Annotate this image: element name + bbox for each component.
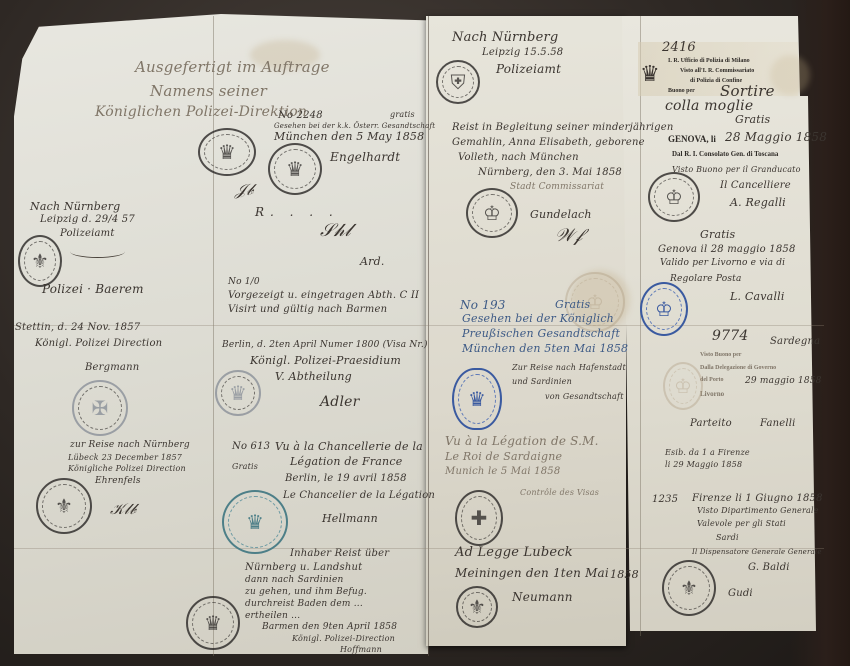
label-hand-3: Gratis bbox=[735, 113, 770, 126]
vorgezeigt-line-1: Vorgezeigt u. eingetragen Abth. C II bbox=[228, 290, 419, 301]
french-legation-line-1: Vu à la Chancellerie de la bbox=[275, 440, 423, 453]
mid-nuernberg-1: Nach Nürnberg bbox=[452, 30, 558, 45]
livorno-line-4: Livorno bbox=[700, 390, 724, 398]
crown-icon: ♔ bbox=[665, 185, 683, 209]
barmen-line-2: Nürnberg u. Landshut bbox=[245, 562, 362, 573]
label-line-2: Visto all'I. R. Commissariato bbox=[680, 68, 754, 74]
barmen-line-3: dann nach Sardinien bbox=[245, 575, 344, 585]
label-line-1: I. R. Ufficio di Polizia di Milano bbox=[668, 58, 750, 64]
header-line-3: Königlichen Polizei-Direktion bbox=[95, 104, 307, 120]
travel-office: Stadt Commissariat bbox=[510, 182, 604, 192]
travel-line-1: Reist in Begleitung seiner minderjährige… bbox=[452, 122, 673, 133]
livorno-line-1: Visto Buono per bbox=[700, 352, 741, 358]
flourish bbox=[70, 245, 125, 258]
austrian-legation-seal: ♛ bbox=[268, 143, 322, 195]
note-left-line: Polizei · Baerem bbox=[42, 282, 144, 296]
eagle-icon: ♛ bbox=[229, 381, 247, 405]
livorno-seal: ♔ bbox=[663, 362, 703, 410]
crown-icon: ♔ bbox=[674, 374, 692, 398]
genova-consulate: Dal R. I. Consolato Gen. di Toscana bbox=[672, 150, 778, 158]
firenze-number: 1235 bbox=[652, 494, 678, 505]
firenze-line-2: Visto Dipartimento Generale bbox=[697, 506, 819, 515]
munich-visa-date: München den 5 May 1858 bbox=[274, 130, 424, 143]
livorno-line-3: del Porto bbox=[700, 377, 724, 383]
berlin-police-line-1: Berlin, d. 2ten April Numer 1800 (Visa N… bbox=[222, 340, 428, 350]
double-eagle-icon: ♛ bbox=[640, 62, 660, 87]
nuernberg-seal: ⚜ bbox=[36, 478, 92, 534]
vorgezeigt-number: No 1/0 bbox=[228, 277, 260, 287]
genova-buono: Visto Buono per il Granducato bbox=[672, 165, 801, 174]
vorgezeigt-line-2: Visirt und gültig nach Barmen bbox=[228, 304, 387, 315]
nuernberg-line-1: Nach Nürnberg bbox=[30, 200, 120, 213]
sardinian-date: Munich le 5 Mai 1858 bbox=[445, 466, 560, 477]
meiningen-signature: Neumann bbox=[512, 590, 573, 604]
firenze-line-3: Valevole per gli Stati bbox=[697, 519, 786, 528]
travel-signature: Gundelach bbox=[530, 208, 592, 221]
firenze-line-5: Il Dispensatore Generale Generale bbox=[692, 548, 822, 556]
second-genova-line-3: Regolare Posta bbox=[670, 274, 742, 284]
livorno-line-2: Dalla Delegazione di Governo bbox=[700, 365, 776, 371]
second-genova-signature: L. Cavalli bbox=[730, 290, 785, 303]
meiningen-line-1: Ad Legge Lubeck bbox=[455, 545, 573, 560]
french-legation-line-2: Légation de France bbox=[290, 455, 402, 468]
crest-icon: ⚜ bbox=[680, 576, 698, 600]
second-genova-gratis: Gratis bbox=[700, 228, 735, 241]
nuernberg-return-3: Königliche Polizei Direction bbox=[68, 464, 186, 473]
barmen-signature: Hoffmann bbox=[340, 645, 382, 654]
eagle-icon: ♛ bbox=[204, 611, 222, 635]
bavarian-visa-line-2: Preußischen Gesandtschaft bbox=[462, 327, 620, 340]
crest-icon: ⚜ bbox=[31, 249, 49, 273]
livorno-partito: Parteito bbox=[690, 418, 732, 429]
crest-icon: ✠ bbox=[92, 396, 109, 420]
livorno-extra-2: li 29 Maggio 1858 bbox=[665, 460, 742, 469]
mid-nuernberg-2: Leipzig 15.5.58 bbox=[482, 47, 563, 58]
firenze-line-4: Sardi bbox=[716, 533, 739, 542]
genova-signature: A. Regalli bbox=[730, 196, 786, 209]
livorno-extra-1: Esib. da 1 a Firenze bbox=[665, 448, 750, 457]
berlin-police-line-2: Königl. Polizei-Praesidium bbox=[250, 354, 401, 367]
barmen-line-4: zu gehen, und ihm Befug. bbox=[245, 587, 367, 597]
label-hand-2: colla moglie bbox=[665, 98, 753, 114]
french-legation-signature: Hellmann bbox=[322, 512, 378, 525]
sardinian-line-2: Le Roi de Sardaigne bbox=[445, 450, 562, 463]
crest-icon: ⛨ bbox=[451, 70, 466, 94]
barmen-line-1: Inhaber Reist über bbox=[290, 548, 389, 559]
tuscany-consulate-seal: ♔ bbox=[648, 172, 700, 222]
bavarian-visa-number: No 193 bbox=[460, 298, 506, 312]
meiningen-line-2: Meiningen den 1ten Mai bbox=[455, 566, 609, 580]
nuernberg-return-2: Lübeck 23 December 1857 bbox=[68, 453, 182, 462]
french-legation-title: Le Chancelier de la Légation bbox=[283, 490, 435, 501]
barmen-line-7: Barmen den 9ten April 1858 bbox=[262, 622, 397, 632]
header-line-1: Ausgefertigt im Auftrage bbox=[135, 58, 330, 76]
munich-visa-line: Gesehen bei der k.k. Österr. Gesandtscha… bbox=[274, 122, 435, 130]
austrian-seal-1: ♛ bbox=[198, 128, 256, 176]
munich-visa-signature: Engelhardt bbox=[330, 150, 400, 164]
berlin-police-signature: Adler bbox=[320, 394, 360, 410]
savoy-crown-icon: ♔ bbox=[655, 297, 673, 321]
genova-place: GENOVA, li bbox=[668, 134, 716, 144]
eagle-icon: ♛ bbox=[468, 387, 486, 411]
label-number: 2416 bbox=[662, 40, 696, 55]
polizei-amt-seal: ⛨ bbox=[436, 60, 480, 104]
genova-role: Il Cancelliere bbox=[720, 180, 791, 191]
livorno-number: 9774 bbox=[712, 328, 748, 344]
bavarian-visa-gratis: Gratis bbox=[555, 298, 590, 311]
firenze-signature: G. Baldi bbox=[748, 562, 790, 573]
signature-mark: 𝒲𝒻 bbox=[555, 225, 582, 246]
firenze-line-1: Firenze li 1 Giugno 1858 bbox=[692, 493, 823, 504]
french-legation-seal: ♛ bbox=[222, 490, 288, 554]
header-line-2: Namens seiner bbox=[150, 82, 267, 100]
barmen-line-5: durchreist Baden dem ... bbox=[245, 599, 363, 609]
travel-date: Nürnberg, den 3. Mai 1858 bbox=[478, 167, 622, 178]
eagle-icon: ♛ bbox=[286, 157, 304, 181]
firenze-seal: ⚜ bbox=[662, 560, 716, 616]
crest-icon: ⚜ bbox=[468, 595, 486, 619]
travel-line-2: Gemahlin, Anna Elisabeth, geborene bbox=[452, 137, 645, 148]
signature-scribble: 𝒥𝒷 bbox=[235, 180, 253, 200]
eagle-icon: ♛ bbox=[218, 140, 236, 164]
livorno-date: 29 maggio 1858 bbox=[745, 376, 822, 386]
berlin-police-line-3: V. Abtheilung bbox=[275, 370, 352, 383]
label-line-4: Buono per bbox=[668, 88, 695, 94]
french-legation-fee: Gratis bbox=[232, 462, 258, 471]
berlin-police-seal: ♛ bbox=[215, 370, 261, 416]
barmen-line-6: ertheilen ... bbox=[245, 611, 300, 621]
firenze-mark: Gudi bbox=[728, 588, 753, 599]
nuernberg-return-1: zur Reise nach Nürnberg bbox=[70, 440, 190, 450]
nuernberg-line-3: Polizeiamt bbox=[60, 228, 115, 239]
note-left-3: Bergmann bbox=[85, 362, 139, 373]
munich-visa-number: No 2248 bbox=[278, 110, 323, 121]
barmen-seal: ♛ bbox=[186, 596, 240, 650]
bavarian-note-2: und Sardinien bbox=[512, 377, 572, 386]
stadt-commissariat-seal: ♔ bbox=[466, 188, 518, 238]
nuernberg-return-4: Ehrenfels bbox=[95, 476, 141, 486]
genova-date: 28 Maggio 1858 bbox=[725, 130, 827, 144]
signature-scribble-2: 𝒮𝒽𝓁 bbox=[320, 220, 351, 241]
munich-visa-gratis: gratis bbox=[390, 110, 415, 119]
note-left-2: Königl. Polizei Direction bbox=[35, 338, 162, 349]
prussian-legation-seal: ♛ bbox=[452, 368, 502, 430]
imperial-eagle-icon: ♛ bbox=[246, 510, 264, 534]
stadt-polizei-seal: ⚜ bbox=[18, 235, 62, 287]
note-left-1: Stettin, d. 24 Nov. 1857 bbox=[15, 322, 140, 333]
signature-scribble-3: 𝒦𝓁𝒷 bbox=[110, 500, 136, 518]
meiningen-year: 1858 bbox=[610, 568, 639, 581]
french-legation-date: Berlin, le 19 avril 1858 bbox=[285, 473, 407, 484]
bavarian-note-1: Zur Reise nach Hafenstadt bbox=[512, 363, 626, 372]
faded-seal: ✠ bbox=[72, 380, 128, 436]
fold-line bbox=[640, 16, 641, 636]
french-legation-number: No 613 bbox=[232, 441, 270, 452]
bavarian-visa-line-1: Gesehen bei der Königlich bbox=[462, 312, 614, 325]
second-genova-line-2: Valido per Livorno e via di bbox=[660, 258, 785, 268]
livorno-note: Sardegna bbox=[770, 336, 820, 347]
bavarian-note-3: von Gesandtschaft bbox=[545, 392, 624, 401]
sardinian-blue-seal: ♔ bbox=[640, 282, 688, 336]
crown-icon: ♔ bbox=[483, 201, 501, 225]
nuernberg-line-2: Leipzig d. 29/4 57 bbox=[40, 214, 135, 225]
center-fold bbox=[428, 16, 429, 656]
sardinian-line-1: Vu à la Légation de S.M. bbox=[445, 434, 599, 448]
livorno-signature: Fanelli bbox=[760, 418, 796, 429]
sardinian-legation-seal: ✚ bbox=[455, 490, 503, 546]
crest-icon: ⚜ bbox=[55, 494, 73, 518]
second-genova-line-1: Genova il 28 maggio 1858 bbox=[658, 244, 796, 255]
dotted-mark: R. . . . bbox=[255, 205, 339, 219]
barmen-line-8: Königl. Polizei-Direction bbox=[292, 634, 395, 643]
mid-nuernberg-3: Polizeiamt bbox=[496, 62, 561, 76]
travel-line-3: Volleth, nach München bbox=[458, 152, 579, 163]
bavarian-visa-date: München den 5ten Mai 1858 bbox=[462, 342, 628, 355]
sardinian-note: Contrôle des Visas bbox=[520, 488, 599, 497]
abbrev-mark: Ard. bbox=[360, 255, 385, 268]
meiningen-seal: ⚜ bbox=[456, 586, 498, 628]
savoy-cross-icon: ✚ bbox=[471, 506, 488, 530]
